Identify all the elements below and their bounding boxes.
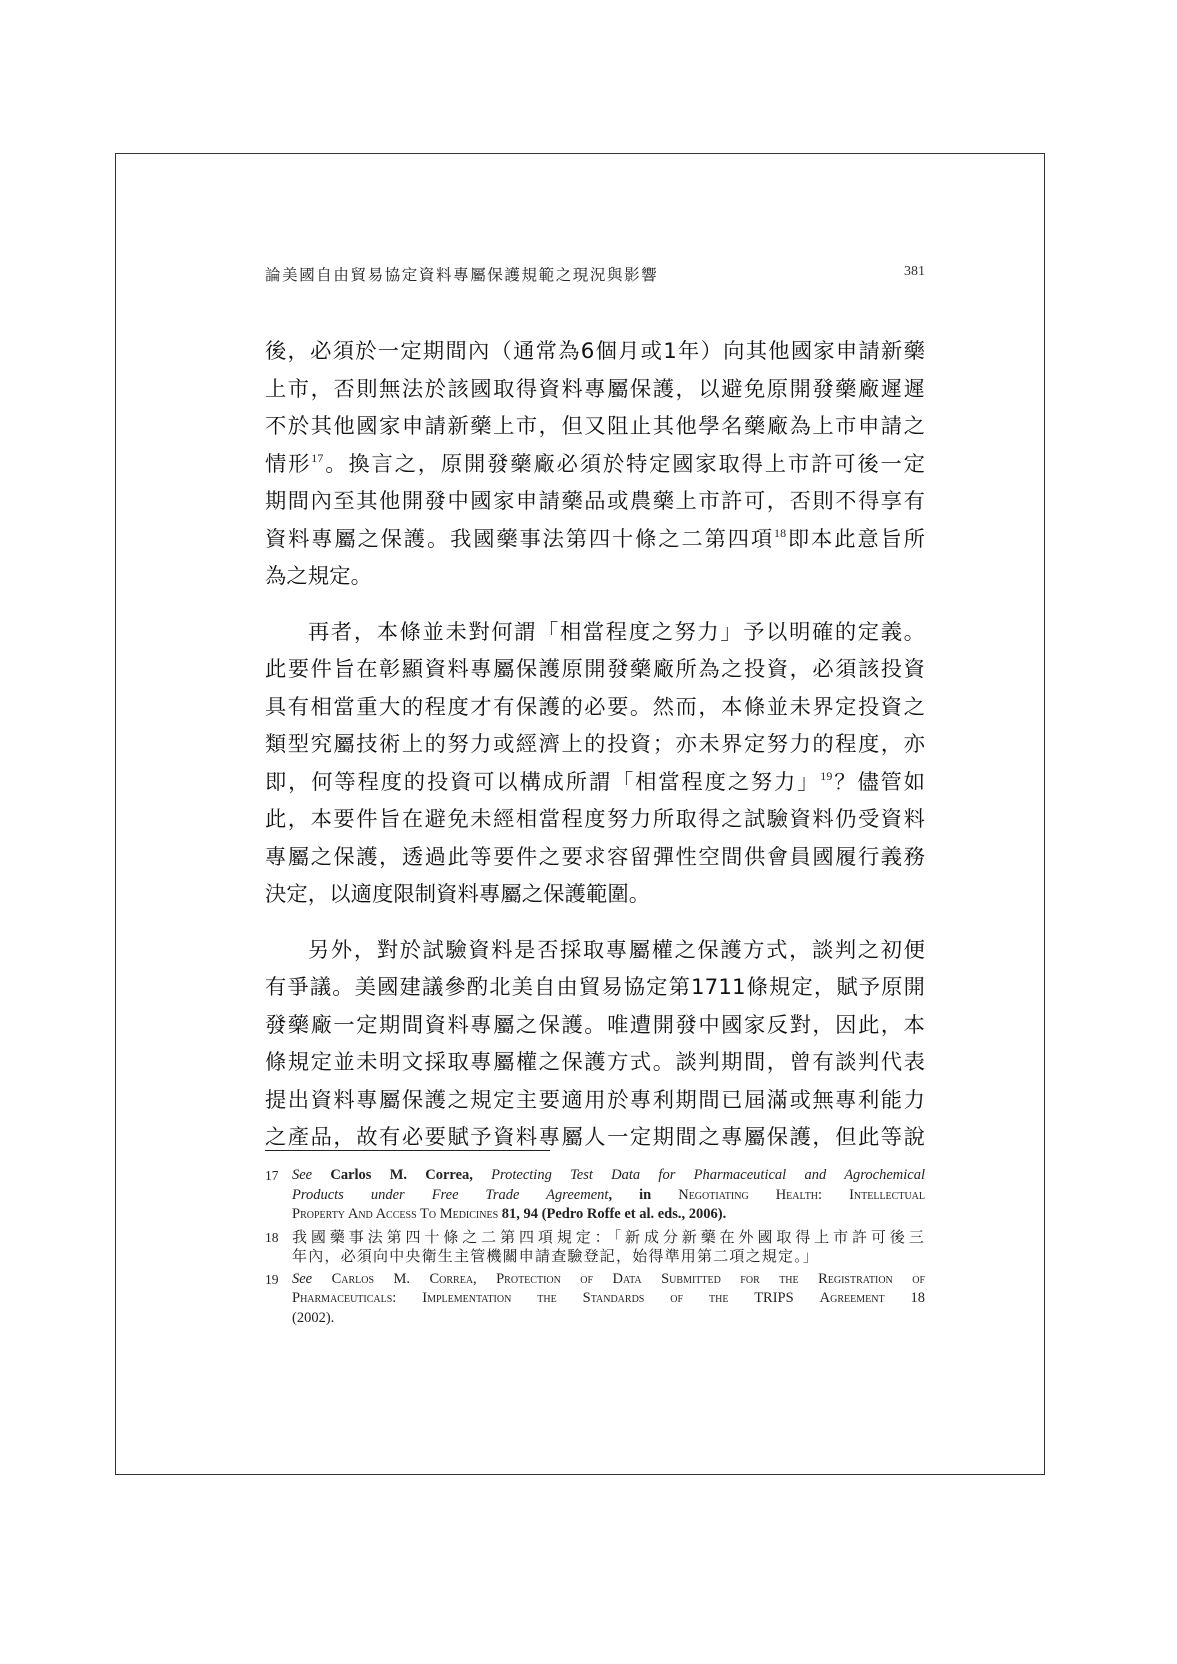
running-title: 論美國自由貿易協定資料專屬保護規範之現況與影響 <box>265 263 658 285</box>
footnote-number: 19 <box>265 1270 279 1290</box>
text-line: 資料專屬之保護。我國藥事法第四十條之二第四項18即本此意旨所 <box>265 521 925 559</box>
footnote-ref-19[interactable]: 19 <box>820 769 832 783</box>
page-number: 381 <box>904 264 925 280</box>
body-text: 後，必須於一定期間內（通常為6個月或1年）向其他國家申請新藥 上市，否則無法於該… <box>265 333 925 1157</box>
footnote-19: 19 See Carlos M. Correa, Protection of D… <box>265 1270 925 1329</box>
text-line: 後，必須於一定期間內（通常為6個月或1年）向其他國家申請新藥 <box>265 333 925 371</box>
paragraph-2: 再者，本條並未對何謂「相當程度之努力」予以明確的定義。 此要件旨在彰顯資料專屬保… <box>265 614 925 914</box>
text-line: 情形17。換言之，原開發藥廠必須於特定國家取得上市許可後一定 <box>265 446 925 484</box>
footnote-line: 我國藥事法第四十條之二第四項規定：「新成分新藥在外國取得上市許可後三 <box>292 1228 925 1248</box>
text-line: 提出資料專屬保護之規定主要適用於專利期間已屆滿或無專利能力 <box>265 1082 925 1120</box>
footnote-line: Pharmaceuticals: Implementation the Stan… <box>292 1289 925 1309</box>
paragraph-3: 另外，對於試驗資料是否採取專屬權之保護方式，談判之初便 有爭議。美國建議參酌北美… <box>265 932 925 1157</box>
footnote-line: (2002). <box>292 1309 925 1329</box>
text-line: 決定，以適度限制資料專屬之保護範圍。 <box>265 876 925 914</box>
footnote-17: 17 See Carlos M. Correa, Protecting Test… <box>265 1166 925 1225</box>
text-line: 為之規定。 <box>265 558 925 596</box>
text-line: 期間內至其他開發中國家申請藥品或農藥上市許可，否則不得享有 <box>265 483 925 521</box>
text-line: 此要件旨在彰顯資料專屬保護原開發藥廠所為之投資，必須該投資 <box>265 651 925 689</box>
footnote-ref-17[interactable]: 17 <box>311 451 323 465</box>
text-line: 發藥廠一定期間資料專屬之保護。唯遭開發中國家反對，因此，本 <box>265 1007 925 1045</box>
running-header: 論美國自由貿易協定資料專屬保護規範之現況與影響 381 <box>265 263 925 287</box>
text-line: 另外，對於試驗資料是否採取專屬權之保護方式，談判之初便 <box>265 932 925 970</box>
footnote-ref-18[interactable]: 18 <box>774 526 786 540</box>
footnote-line: Products under Free Trade Agreement, in … <box>292 1186 925 1206</box>
text-line: 具有相當重大的程度才有保護的必要。然而，本條並未界定投資之 <box>265 689 925 727</box>
footnote-line: 年內，必須向中央衛生主管機關申請查驗登記，始得準用第二項之規定。」 <box>292 1247 925 1267</box>
paragraph-1: 後，必須於一定期間內（通常為6個月或1年）向其他國家申請新藥 上市，否則無法於該… <box>265 333 925 596</box>
footnote-line: See Carlos M. Correa, Protection of Data… <box>292 1270 925 1290</box>
footnote-separator <box>265 1150 550 1151</box>
text-line: 不於其他國家申請新藥上市，但又阻止其他學名藥廠為上市申請之 <box>265 408 925 446</box>
footnote-line: Property And Access To Medicines 81, 94 … <box>292 1205 925 1225</box>
text-line: 有爭議。美國建議參酌北美自由貿易協定第1711條規定，賦予原開 <box>265 969 925 1007</box>
footnote-line: See Carlos M. Correa, Protecting Test Da… <box>292 1166 925 1186</box>
footnote-18: 18 我國藥事法第四十條之二第四項規定：「新成分新藥在外國取得上市許可後三 年內… <box>265 1228 925 1267</box>
text-line: 條規定並未明文採取專屬權之保護方式。談判期間，曾有談判代表 <box>265 1044 925 1082</box>
text-line: 類型究屬技術上的努力或經濟上的投資；亦未界定努力的程度，亦 <box>265 726 925 764</box>
text-line: 再者，本條並未對何謂「相當程度之努力」予以明確的定義。 <box>265 614 925 652</box>
footnotes: 17 See Carlos M. Correa, Protecting Test… <box>265 1166 925 1331</box>
text-line: 即，何等程度的投資可以構成所謂「相當程度之努力」19？儘管如 <box>265 764 925 802</box>
text-line: 此，本要件旨在避免未經相當程度努力所取得之試驗資料仍受資料 <box>265 801 925 839</box>
footnote-number: 18 <box>265 1228 279 1248</box>
footnote-number: 17 <box>265 1166 279 1186</box>
text-line: 專屬之保護，透過此等要件之要求容留彈性空間供會員國履行義務 <box>265 839 925 877</box>
text-line: 上市，否則無法於該國取得資料專屬保護，以避免原開發藥廠遲遲 <box>265 371 925 409</box>
